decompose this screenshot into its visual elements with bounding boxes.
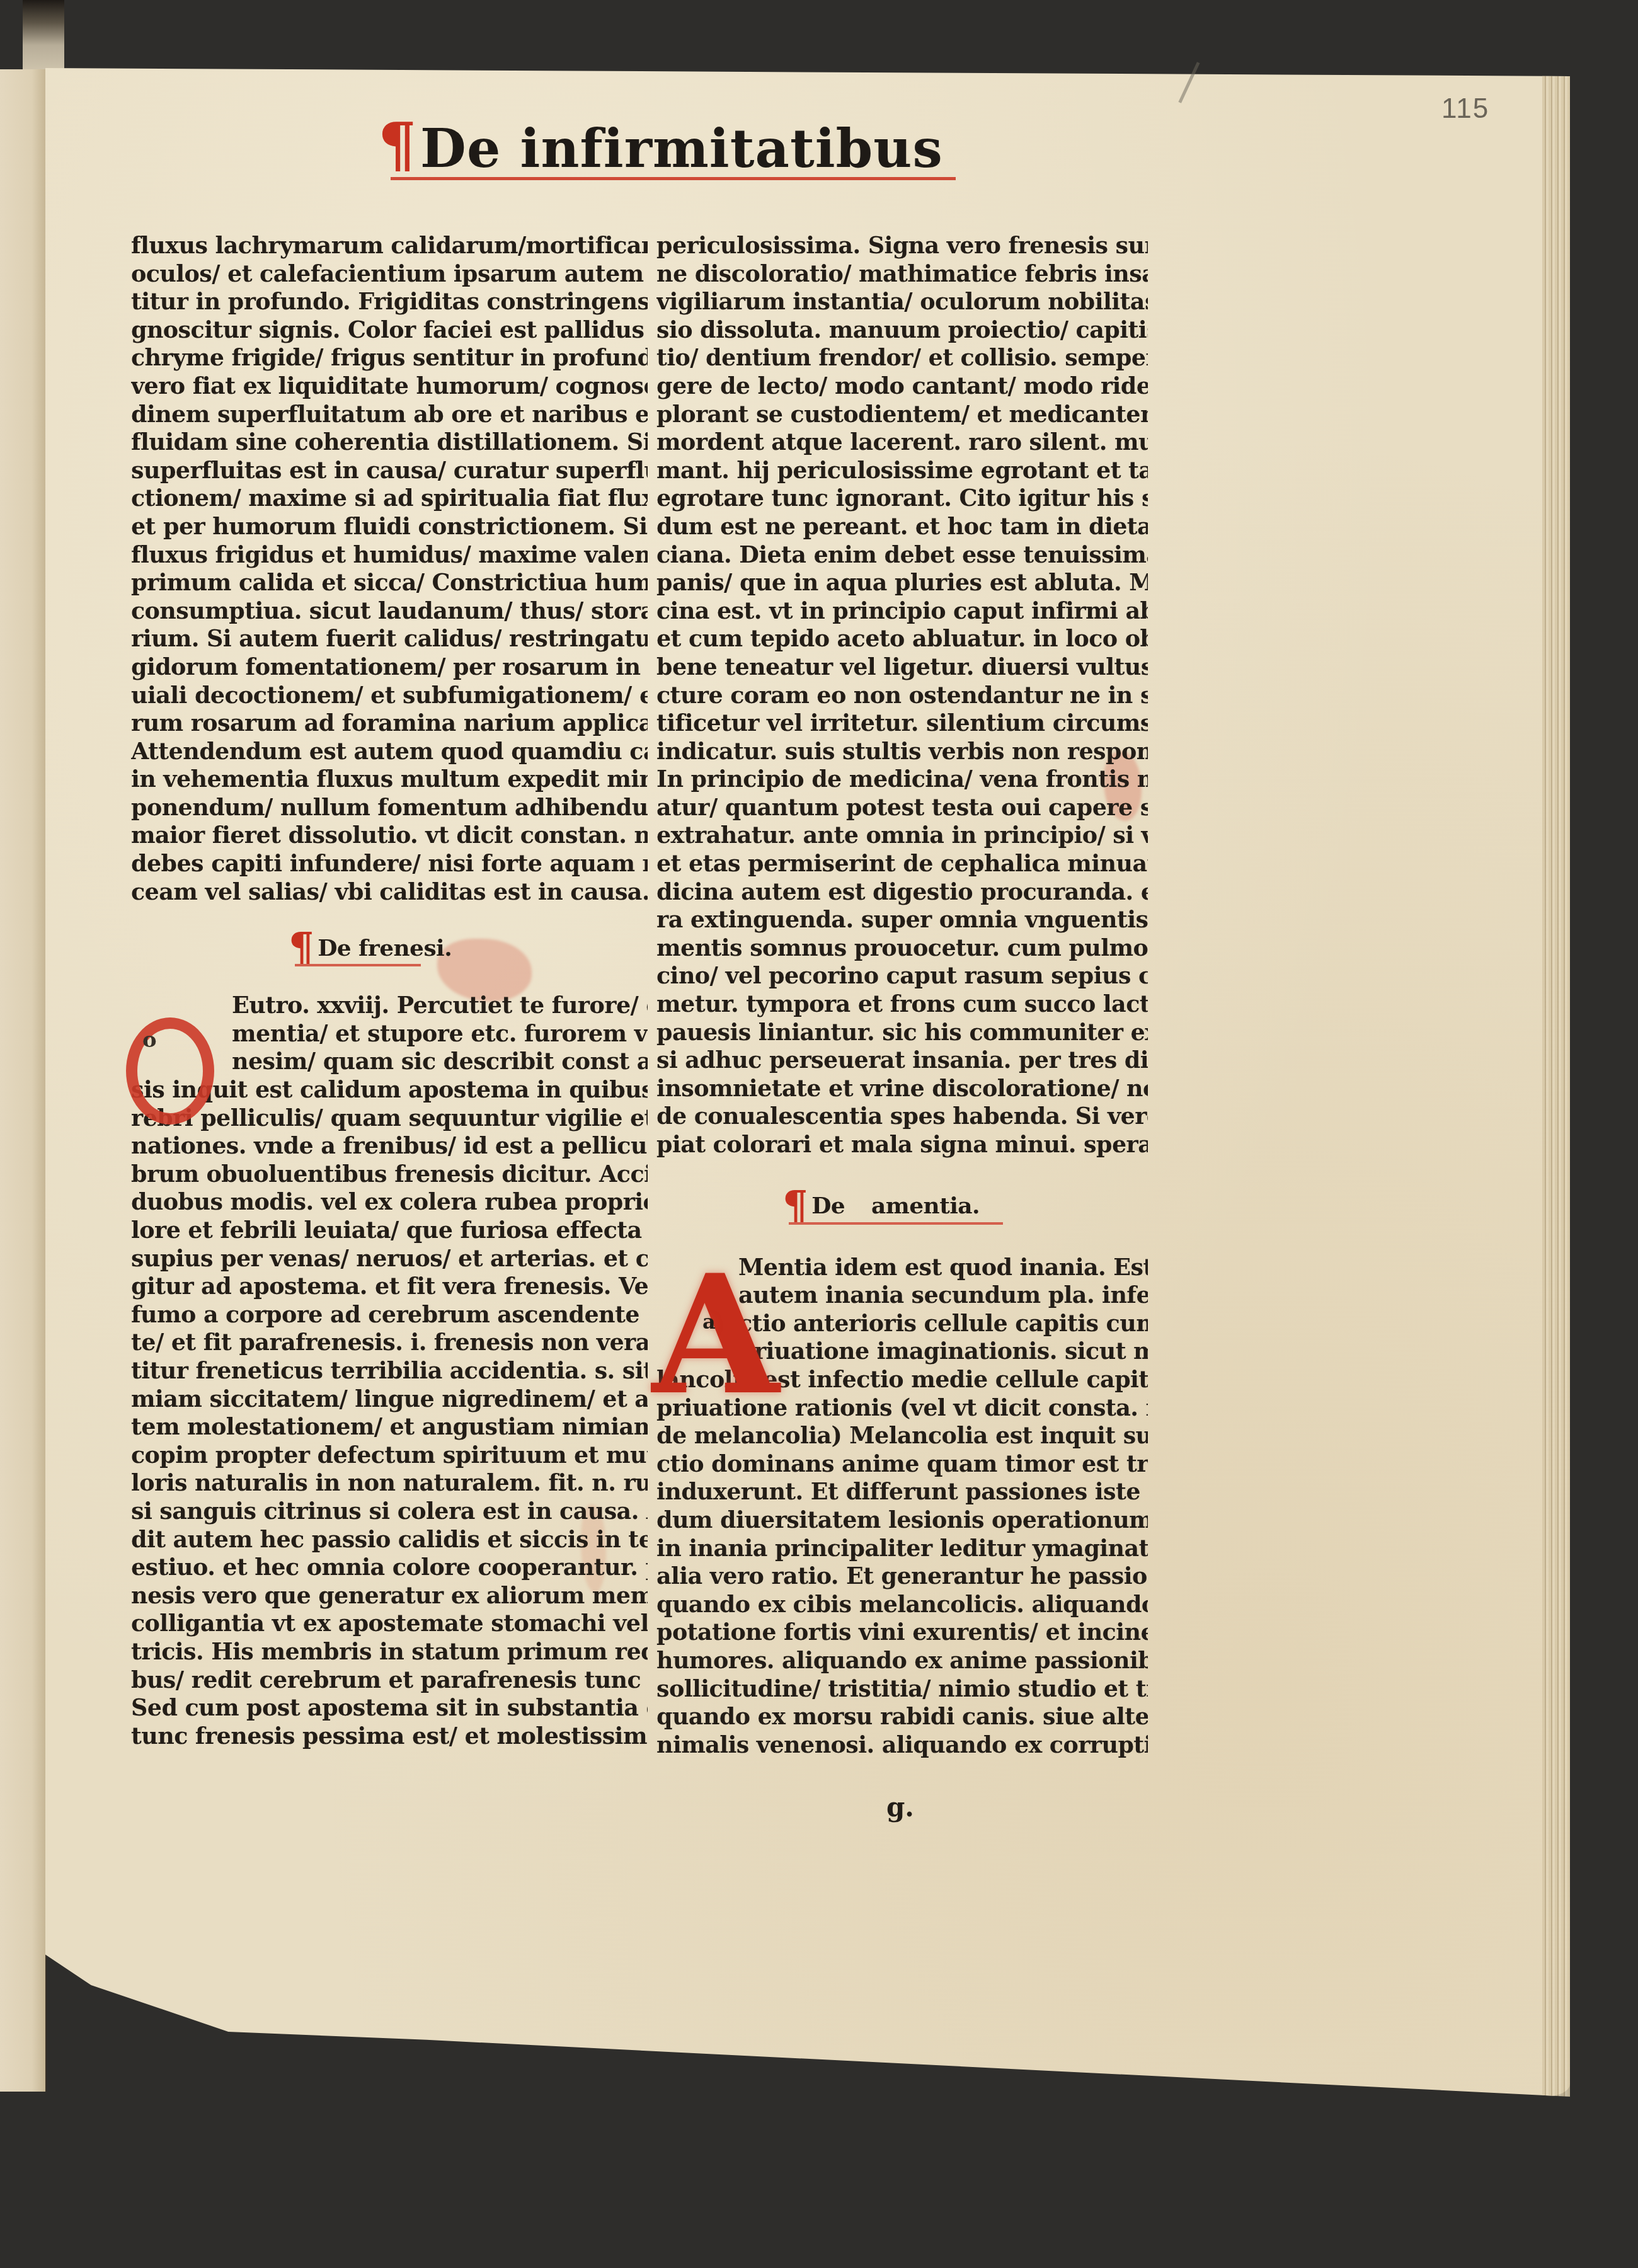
text-line: in vehementia fluxus multum expedit mini… — [131, 765, 648, 794]
text-line: quando ex morsu rabidi canis. siue alter… — [656, 1703, 1148, 1731]
text-line: nationes. vnde a frenibus/ id est a pell… — [131, 1132, 648, 1160]
right-column: periculosissima. Signa vero frenesis sun… — [656, 232, 1148, 1759]
text-line: titur in profundo. Frigiditas constringe… — [131, 288, 648, 316]
text-line: duobus modis. vel ex colera rubea propri… — [131, 1188, 648, 1217]
text-line: cina est. vt in principio caput infirmi … — [656, 597, 1148, 626]
text-line: induxerunt. Et differunt passiones iste … — [656, 1478, 1148, 1506]
text-line: metur. tympora et frons cum succo lactuc… — [656, 990, 1148, 1019]
text-line: miam siccitatem/ lingue nigredinem/ et a… — [131, 1385, 648, 1414]
text-line: tem molestationem/ et angustiam nimiam/ … — [131, 1413, 648, 1441]
text-line: dum diuersitatem lesionis operationum qu… — [656, 1506, 1148, 1535]
text-line: de conualescentia spes habenda. Si vero … — [656, 1102, 1148, 1131]
text-line: bene teneatur vel ligetur. diuersi vultu… — [656, 653, 1148, 682]
text-line: tunc frenesis pessima est/ et molestissi… — [131, 1722, 648, 1751]
text-line: extrahatur. ante omnia in principio/ si … — [656, 822, 1148, 850]
text-line: rium. Si autem fuerit calidus/ restringa… — [131, 625, 648, 653]
left-column: fluxus lachrymarum calidarum/mortificant… — [131, 232, 648, 1750]
text-line: humores. aliquando ex anime passionibus.… — [656, 1647, 1148, 1675]
text-line: nimalis venenosi. aliquando ex corruptio… — [656, 1731, 1148, 1760]
text-line: debes capiti infundere/ nisi forte aquam… — [131, 850, 648, 878]
text-line: ceam vel salias/ vbi caliditas est in ca… — [131, 878, 648, 907]
text-line: titur freneticus terribilia accidentia. … — [131, 1357, 648, 1385]
text-line: mentia/ et stupore etc. furorem vocat fr… — [131, 1020, 648, 1048]
facing-page-edge — [0, 69, 47, 2092]
frenesi-text: Eutro. xxviij. Percutiet te furore/ et a… — [131, 992, 648, 1750]
text-line: gnoscitur signis. Color faciei est palli… — [131, 316, 648, 345]
text-line: sollicitudine/ tristitia/ nimio studio e… — [656, 1675, 1148, 1704]
text-line: ra extinguenda. super omnia vnguentis et… — [656, 906, 1148, 934]
paragraph-mark-icon: ¶ — [289, 928, 314, 968]
text-line: supius per venas/ neruos/ et arterias. e… — [131, 1245, 648, 1273]
text-line: in inania principaliter leditur ymaginat… — [656, 1535, 1148, 1563]
section-title: De frenesi. — [318, 934, 452, 963]
text-line: uiali decoctionem/ et subfumigationem/ e… — [131, 682, 648, 710]
text-line: plorant se custodientem/ et medicantem v… — [656, 401, 1148, 429]
section-heading-de-amentia: ¶ De amentia. — [656, 1178, 1148, 1235]
text-line: mordent atque lacerent. raro silent. mul… — [656, 428, 1148, 457]
section-heading-de-frenesi: ¶ De frenesi. — [131, 920, 648, 976]
text-line: colligantia vt ex apostemate stomachi ve… — [131, 1610, 648, 1638]
text-line: sio dissoluta. manuum proiectio/ capitis… — [656, 316, 1148, 345]
text-line: consumptiua. sicut laudanum/ thus/ stora… — [131, 597, 648, 626]
text-line: Attendendum est autem quod quamdiu catar… — [131, 738, 648, 766]
text-line: oculos/ et calefacientium ipsarum autem … — [131, 260, 648, 289]
heading-underline — [789, 1222, 1003, 1225]
text-line: lore et febrili leuiata/ que furiosa eff… — [131, 1217, 648, 1245]
text-line: rum rosarum ad foramina narium applicati… — [131, 709, 648, 738]
paragraph-mark-icon: ¶ — [782, 1186, 808, 1227]
text-line: fluidam sine coherentia distillationem. … — [131, 428, 648, 457]
text-line: maior fieret dissolutio. vt dicit consta… — [131, 822, 648, 850]
rubricated-initial-a: A a — [652, 1254, 772, 1430]
text-line: fumo a corpore ad cerebrum ascendente et… — [131, 1301, 648, 1329]
left-column-top-text: fluxus lachrymarum calidarum/mortificant… — [131, 232, 648, 906]
text-line: et etas permiserint de cephalica minuatu… — [656, 850, 1148, 878]
text-line: cture coram eo non ostendantur ne in san… — [656, 682, 1148, 710]
text-line: vigiliarum instantia/ oculorum nobilitas… — [656, 288, 1148, 316]
text-line: tificetur vel irritetur. silentium circu… — [656, 709, 1148, 738]
text-line: indicatur. suis stultis verbis non respo… — [656, 738, 1148, 766]
text-line: nesis vero que generatur ex aliorum memb… — [131, 1582, 648, 1610]
text-line: te/ et fit parafrenesis. i. frenesis non… — [131, 1329, 648, 1357]
text-line: mentis somnus prouocetur. cum pulmone po… — [656, 934, 1148, 963]
section-title-de: De — [811, 1192, 845, 1220]
text-line: insomnietate et vrine discoloratione/ no… — [656, 1075, 1148, 1103]
text-line: mant. hij periculosissime egrotant et ta… — [656, 457, 1148, 485]
text-line: loris naturalis in non naturalem. fit. n… — [131, 1469, 648, 1498]
running-head: ¶ De infirmitatibus — [378, 106, 943, 175]
page-fore-edge — [1542, 68, 1570, 2097]
folio-number: 115 — [1441, 93, 1489, 125]
text-line: chryme frigide/ frigus sentitur in profu… — [131, 344, 648, 372]
text-line: superfluitas est in causa/ curatur super… — [131, 457, 648, 485]
text-line: gere de lecto/ modo cantant/ modo rident… — [656, 372, 1148, 401]
text-line: potatione fortis vini exurentis/ et inci… — [656, 1618, 1148, 1647]
text-line: gitur ad apostema. et fit vera frenesis.… — [131, 1273, 648, 1301]
text-line: dicina autem est digestio procuranda. et… — [656, 878, 1148, 907]
text-line: ctio dominans anime quam timor est trist… — [656, 1450, 1148, 1479]
text-line: Eutro. xxviij. Percutiet te furore/ et a — [131, 992, 648, 1020]
guide-letter: o — [142, 1028, 157, 1053]
text-line: tio/ dentium frendor/ et collisio. sempe… — [656, 344, 1148, 372]
text-line: ctionem/ maxime si ad spiritualia fiat f… — [131, 484, 648, 513]
text-line: cino/ vel pecorino caput rasum sepius ca… — [656, 962, 1148, 990]
text-line: rebri pelliculis/ quam sequuntur vigilie… — [131, 1104, 648, 1133]
text-line: ciana. Dieta enim debet esse tenuissima … — [656, 541, 1148, 570]
text-line: Sed cum post apostema sit in substantia … — [131, 1694, 648, 1722]
text-line: pauesis liniantur. sic his communiter ex… — [656, 1019, 1148, 1047]
text-line: si adhuc perseuerat insania. per tres di… — [656, 1046, 1148, 1075]
text-line: dum est ne pereant. et hoc tam in dieta … — [656, 513, 1148, 541]
text-line: tricis. His membris in statum primum red… — [131, 1638, 648, 1666]
text-line: et per humorum fluidi constrictionem. Si… — [131, 513, 648, 541]
text-line: quando ex cibis melancolicis. aliquando … — [656, 1591, 1148, 1619]
paragraph-mark-icon: ¶ — [378, 115, 416, 175]
text-line: piat colorari et mala signa minui. spera… — [656, 1131, 1148, 1159]
text-line: brum obuoluentibus frenesis dicitur. Acc… — [131, 1160, 648, 1189]
heading-underline — [295, 964, 421, 966]
guide-letter: a — [702, 1312, 716, 1332]
text-line: si sanguis citrinus si colera est in cau… — [131, 1498, 648, 1526]
text-line: ne discoloratio/ mathimatice febris insa… — [656, 260, 1148, 289]
text-line: primum calida et sicca/ Constrictiua hum… — [131, 569, 648, 597]
text-line: fluxus lachrymarum calidarum/mortificant… — [131, 232, 648, 260]
text-line: atur/ quantum potest testa oui capere sa… — [656, 794, 1148, 822]
text-line: ponendum/ nullum fomentum adhibendum/ qu… — [131, 794, 648, 822]
initial-letter: A — [652, 1239, 779, 1431]
right-column-top-text: periculosissima. Signa vero frenesis sun… — [656, 232, 1148, 1159]
text-line: et cum tepido aceto abluatur. in loco ob… — [656, 625, 1148, 653]
text-line: panis/ que in aqua pluries est abluta. M… — [656, 569, 1148, 597]
text-line: dinem superfluitatum ab ore et naribus e… — [131, 401, 648, 429]
text-line: copim propter defectum spirituum et muta… — [131, 1441, 648, 1470]
signature-mark: g. — [886, 1792, 914, 1823]
text-line: In principio de medicina/ vena frontis m… — [656, 765, 1148, 794]
rubricated-initial-o: o — [126, 1017, 214, 1125]
text-line: vero fiat ex liquiditate humorum/ cognos… — [131, 372, 648, 401]
text-line: fluxus frigidus et humidus/ maxime valen… — [131, 541, 648, 570]
text-line: alia vero ratio. Et generantur he passio… — [656, 1562, 1148, 1591]
text-line: dit autem hec passio calidis et siccis i… — [131, 1526, 648, 1554]
text-line: gidorum fomentationem/ per rosarum in aq… — [131, 653, 648, 682]
title-underline — [391, 177, 956, 180]
section-title: amentia. — [871, 1192, 980, 1220]
text-line: egrotare tunc ignorant. Cito igitur his … — [656, 484, 1148, 513]
text-line: estiuo. et hec omnia colore cooperantur.… — [131, 1554, 648, 1582]
text-line: periculosissima. Signa vero frenesis sun… — [656, 232, 1148, 260]
page-title: De infirmitatibus — [420, 122, 943, 175]
book-spine-tab — [23, 0, 64, 76]
text-line: bus/ redit cerebrum et parafrenesis tunc… — [131, 1666, 648, 1695]
